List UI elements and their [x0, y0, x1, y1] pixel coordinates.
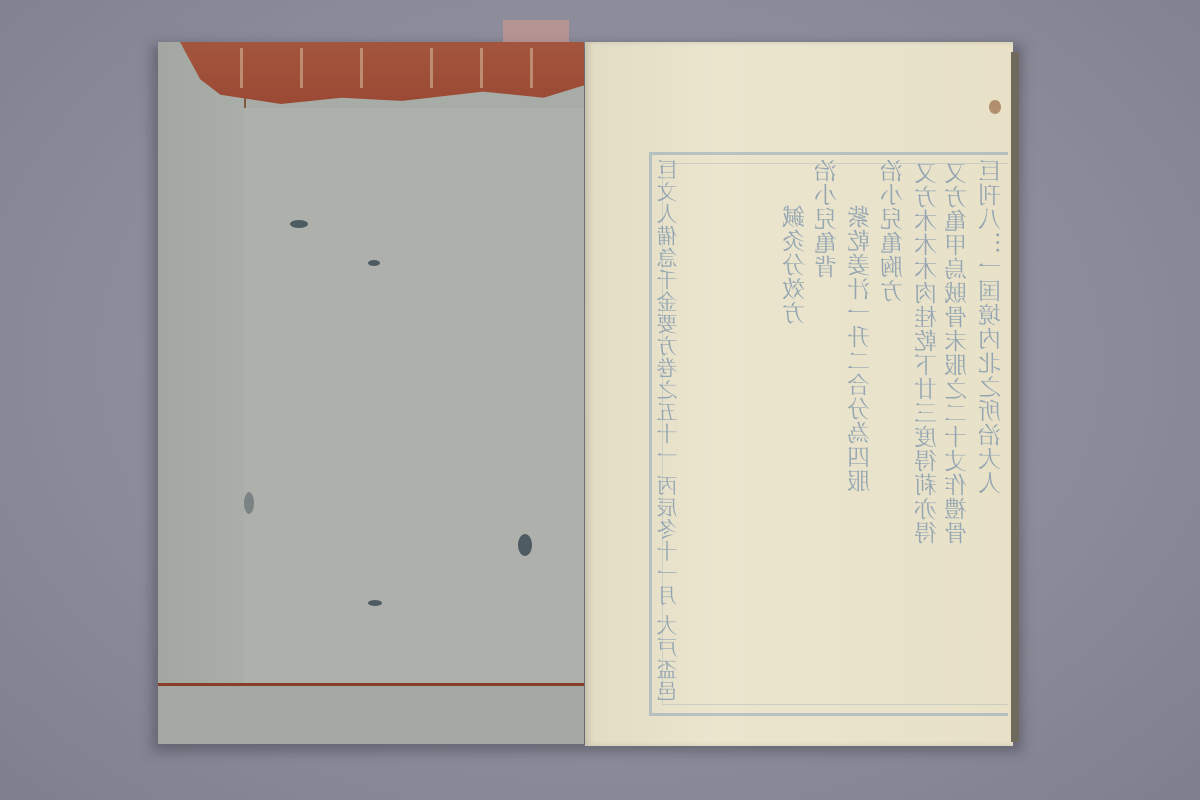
- cover-inner-panel: [244, 108, 584, 686]
- print-frame: 巨刊八…一国境内北之所治大人 又方亀甲烏賊骨末服之二十丈作禮骨 又方木木木肉桂乾…: [649, 152, 1008, 716]
- text-column: 鍼灸分效方: [785, 205, 808, 325]
- right-page: 巨刊八…一国境内北之所治大人 又方亀甲烏賊骨末服之二十丈作禮骨 又方木木木肉桂乾…: [585, 42, 1013, 746]
- text-column: 又方木木木肉桂乾下廿三度得莉亦得: [917, 161, 940, 545]
- foxing-stain: [989, 100, 1001, 114]
- red-spine-strip: [180, 42, 584, 104]
- text-column: 紫乾姜汁一升二合分為四服: [850, 205, 873, 493]
- left-cover: [158, 42, 584, 744]
- text-column: 又方亀甲烏賊骨末服之二十丈作禮骨: [947, 161, 970, 545]
- paper-fiber: [290, 220, 308, 228]
- paper-fiber: [518, 534, 532, 556]
- text-column: 治小兒亀胸方: [883, 159, 906, 303]
- cover-turn-in-left: [158, 42, 246, 744]
- text-column: 巨刊八…一国境内北之所治大人: [981, 159, 1004, 495]
- paper-fiber: [368, 600, 382, 606]
- page-edge: [1011, 52, 1019, 742]
- paper-fiber: [244, 492, 254, 514]
- paper-fiber: [368, 260, 380, 266]
- text-column: 治小兒亀背: [817, 159, 840, 279]
- cover-turn-in-bottom: [158, 683, 584, 744]
- colophon-column: 巨文人備急千金要方卷之五十一 丙辰冬十一月 大戸盃邑: [658, 159, 679, 702]
- paper-tag: [503, 20, 569, 42]
